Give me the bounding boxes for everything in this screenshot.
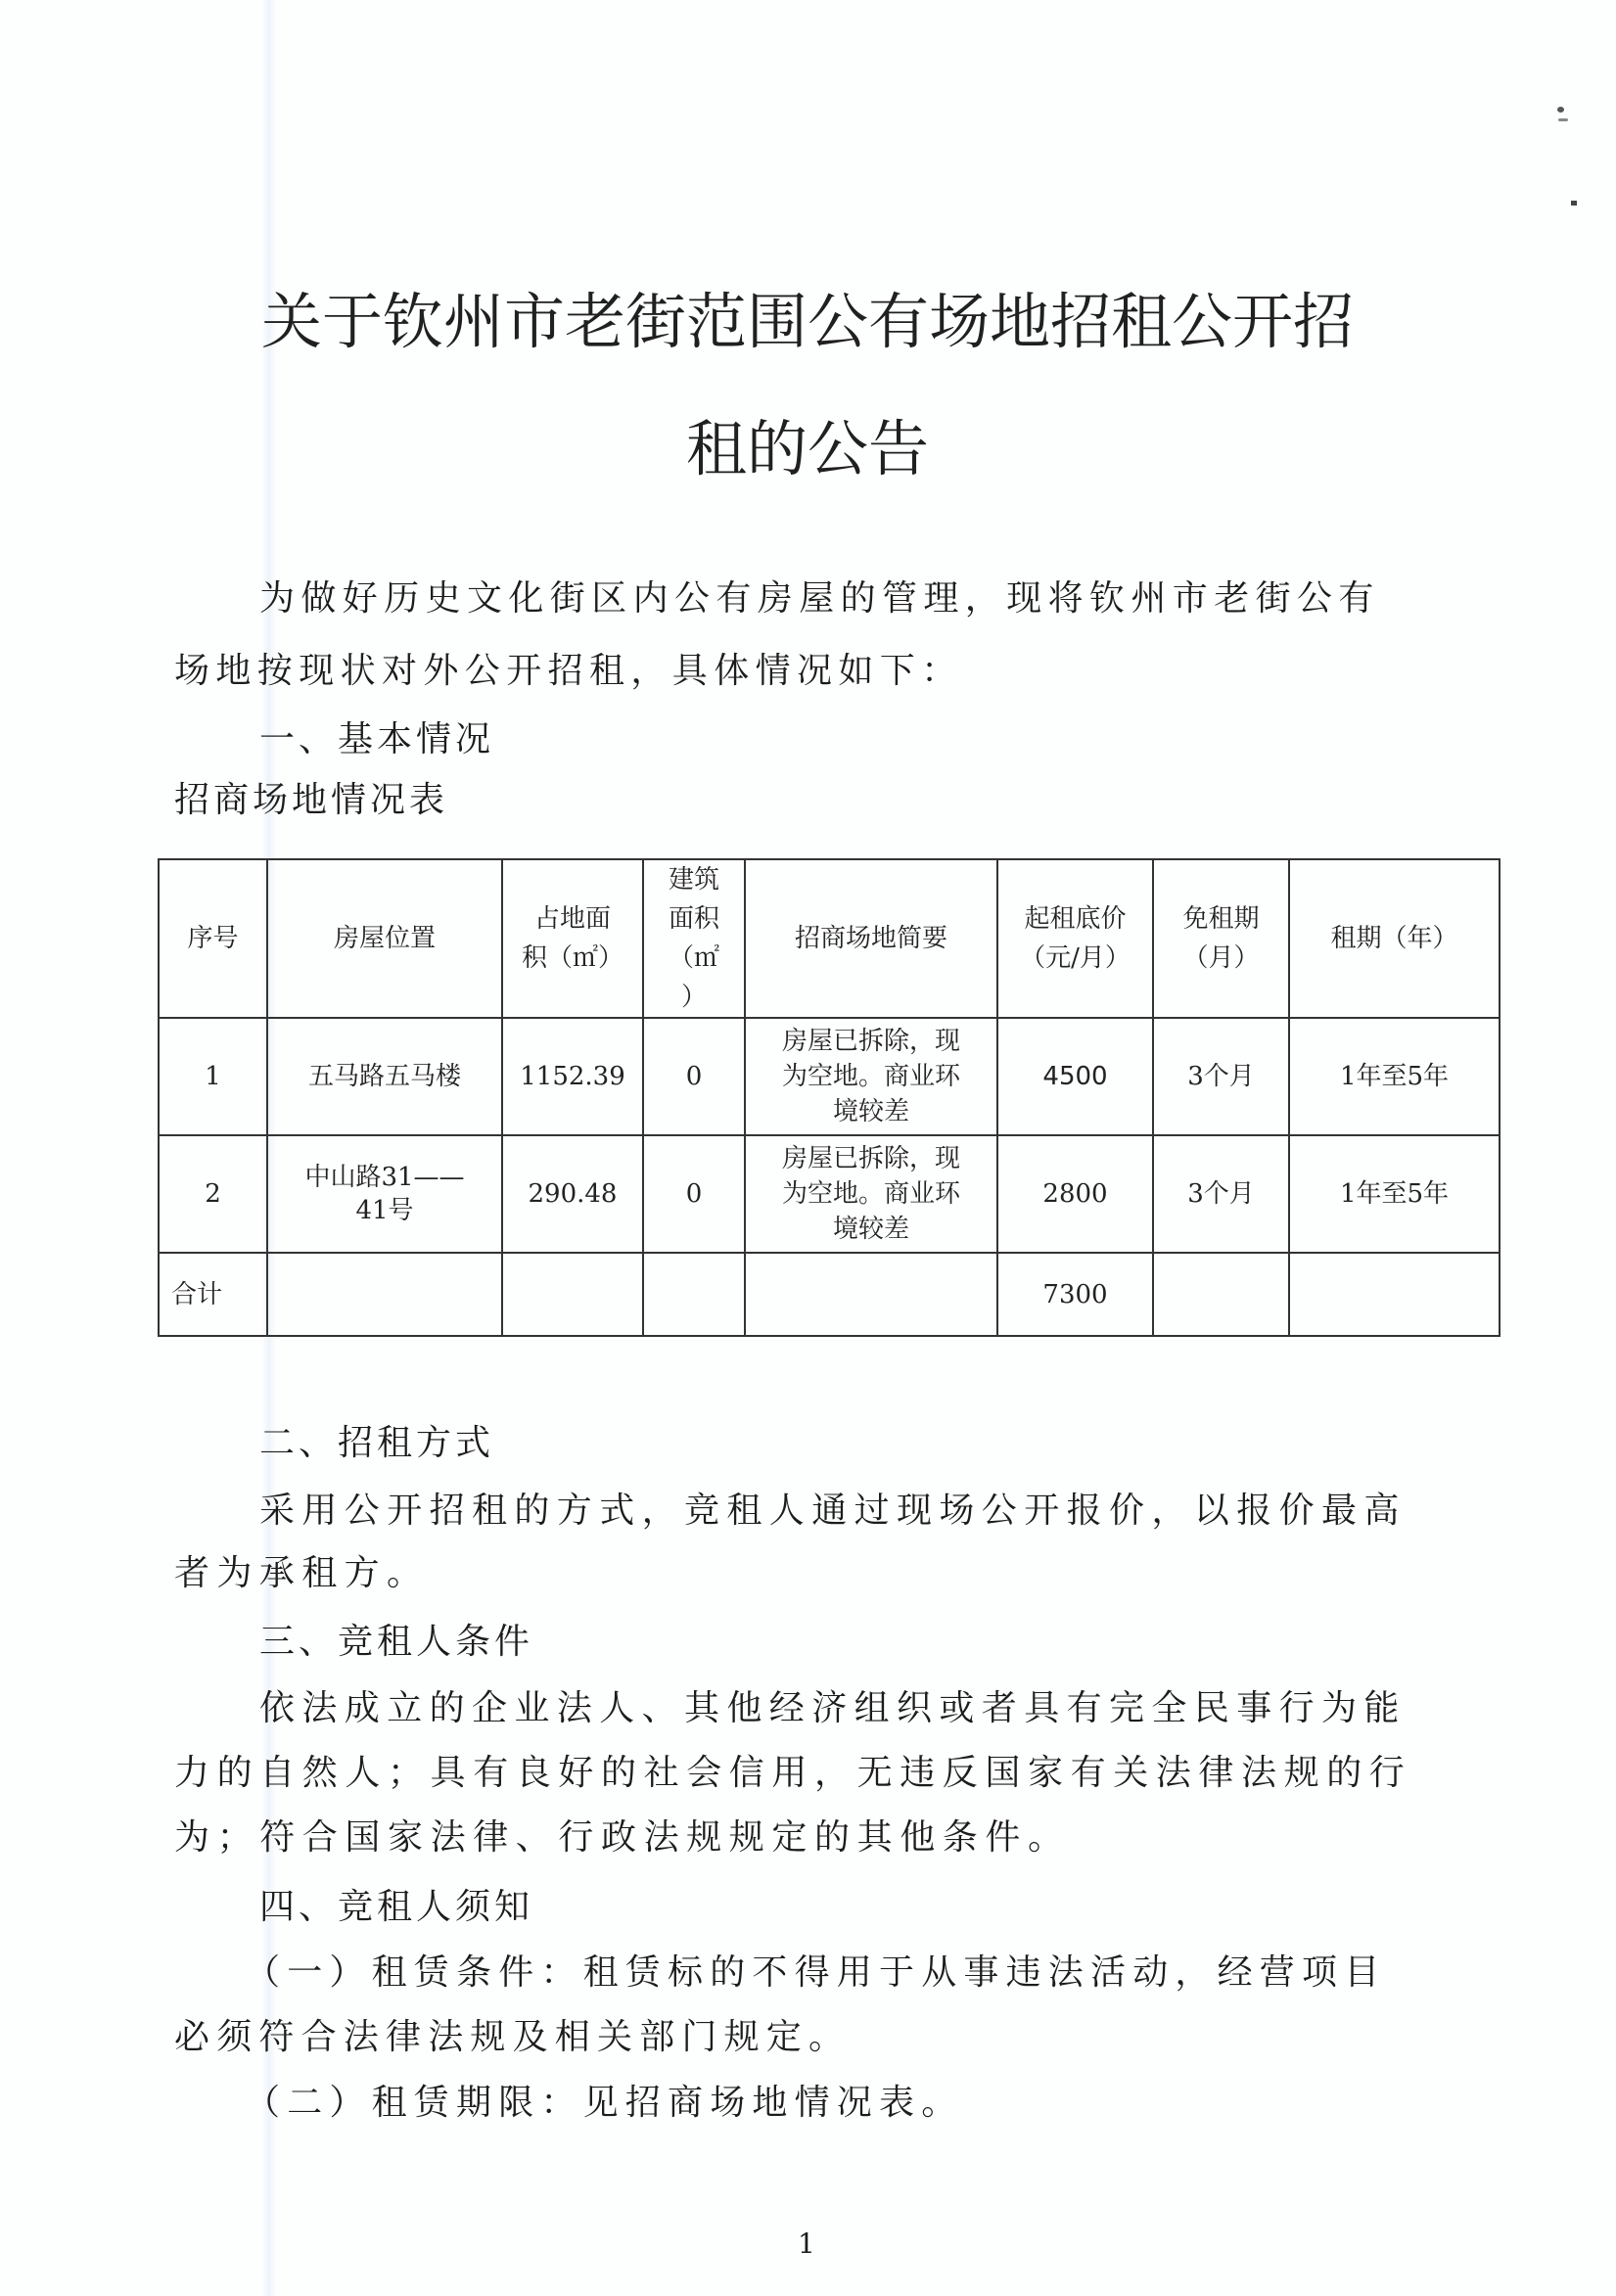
cell-summary-line3: 境较差 — [750, 1212, 993, 1247]
cell-rent-free: 3个月 — [1153, 1135, 1289, 1253]
cell-total-base-rent: 7300 — [997, 1253, 1153, 1336]
header-term: 租期（年） — [1289, 859, 1500, 1018]
cell-location-line1: 中山路31—— — [272, 1161, 497, 1194]
cell-summary-line1: 房屋已拆除，现 — [750, 1024, 993, 1059]
scan-speck — [1558, 118, 1568, 121]
section-2-line-2: 者为承租方。 — [174, 1556, 1496, 1591]
section-3-line-2: 力的自然人；具有良好的社会信用，无违反国家有关法律法规的行 — [174, 1756, 1496, 1791]
header-building-area: 建筑 面积 （㎡ ） — [643, 859, 745, 1018]
cell-location-line2: 41号 — [272, 1194, 497, 1227]
header-land-area-line2: 积（㎡） — [507, 939, 638, 978]
header-rent-free: 免租期 （月） — [1153, 859, 1289, 1018]
cell-base-rent: 2800 — [997, 1135, 1153, 1253]
header-base-rent-line1: 起租底价 — [1002, 899, 1148, 939]
header-building-area-line2: 面积 — [648, 899, 740, 939]
section-4-item-1-line-2: 必须符合法律法规及相关部门规定。 — [174, 2020, 1496, 2055]
header-no: 序号 — [159, 859, 267, 1018]
header-building-area-line1: 建筑 — [648, 860, 740, 899]
table-total-row: 合计 7300 — [159, 1253, 1500, 1336]
cell-total-label: 合计 — [159, 1253, 267, 1336]
cell-summary: 房屋已拆除，现 为空地。商业环 境较差 — [745, 1135, 997, 1253]
table-row: 2 中山路31—— 41号 290.48 0 房屋已拆除，现 为空地。商业环 境… — [159, 1135, 1500, 1253]
cell-base-rent: 4500 — [997, 1018, 1153, 1135]
section-3-heading: 三、竞租人条件 — [259, 1625, 1581, 1660]
section-4-heading: 四、竞租人须知 — [259, 1890, 1581, 1925]
cell-empty — [1153, 1253, 1289, 1336]
section-3-line-3: 为；符合国家法律、行政法规规定的其他条件。 — [174, 1820, 1496, 1856]
cell-summary-line3: 境较差 — [750, 1094, 993, 1129]
cell-building-area: 0 — [643, 1018, 745, 1135]
table-header-row: 序号 房屋位置 占地面 积（㎡） 建筑 面积 （㎡ ） 招商场地简要 起租底价 … — [159, 859, 1500, 1018]
header-land-area-line1: 占地面 — [507, 899, 638, 939]
cell-empty — [1289, 1253, 1500, 1336]
section-3-line-1: 依法成立的企业法人、其他经济组织或者具有完全民事行为能 — [259, 1691, 1581, 1726]
cell-land-area: 1152.39 — [502, 1018, 643, 1135]
cell-no: 1 — [159, 1018, 267, 1135]
cell-term: 1年至5年 — [1289, 1018, 1500, 1135]
cell-location: 中山路31—— 41号 — [267, 1135, 502, 1253]
cell-rent-free: 3个月 — [1153, 1018, 1289, 1135]
header-summary: 招商场地简要 — [745, 859, 997, 1018]
cell-summary: 房屋已拆除，现 为空地。商业环 境较差 — [745, 1018, 997, 1135]
header-building-area-line4: ） — [648, 978, 740, 1017]
cell-term: 1年至5年 — [1289, 1135, 1500, 1253]
page-number: 1 — [798, 2227, 815, 2260]
cell-no: 2 — [159, 1135, 267, 1253]
cell-empty — [502, 1253, 643, 1336]
header-building-area-line3: （㎡ — [648, 939, 740, 978]
section-4-item-2: （二）租赁期限：见招商场地情况表。 — [245, 2086, 1566, 2121]
header-base-rent-line2: （元/月） — [1002, 939, 1148, 978]
cell-summary-line2: 为空地。商业环 — [750, 1176, 993, 1212]
header-rent-free-line2: （月） — [1158, 939, 1284, 978]
section-4-item-1-line-1: （一）租赁条件：租赁标的不得用于从事违法活动，经营项目 — [245, 1955, 1566, 1991]
header-base-rent: 起租底价 （元/月） — [997, 859, 1153, 1018]
table-row: 1 五马路五马楼 1152.39 0 房屋已拆除，现 为空地。商业环 境较差 4… — [159, 1018, 1500, 1135]
section-2-heading: 二、招租方式 — [259, 1426, 1581, 1461]
document-title-line-2: 租的公告 — [147, 419, 1468, 480]
cell-building-area: 0 — [643, 1135, 745, 1253]
cell-summary-line2: 为空地。商业环 — [750, 1059, 993, 1094]
cell-land-area: 290.48 — [502, 1135, 643, 1253]
cell-empty — [745, 1253, 997, 1336]
section-2-line-1: 采用公开招租的方式，竞租人通过现场公开报价，以报价最高 — [259, 1493, 1581, 1529]
section-1-heading: 一、基本情况 — [259, 722, 1581, 758]
intro-paragraph-line-1: 为做好历史文化街区内公有房屋的管理，现将钦州市老街公有 — [259, 581, 1581, 617]
cell-empty — [643, 1253, 745, 1336]
intro-paragraph-line-2: 场地按现状对外公开招租，具体情况如下： — [174, 654, 1496, 689]
header-land-area: 占地面 积（㎡） — [502, 859, 643, 1018]
cell-empty — [267, 1253, 502, 1336]
cell-summary-line1: 房屋已拆除，现 — [750, 1141, 993, 1176]
site-info-table: 序号 房屋位置 占地面 积（㎡） 建筑 面积 （㎡ ） 招商场地简要 起租底价 … — [158, 858, 1501, 1337]
header-rent-free-line1: 免租期 — [1158, 899, 1284, 939]
scan-speck — [1571, 201, 1577, 206]
scan-speck — [1557, 107, 1564, 113]
cell-location: 五马路五马楼 — [267, 1018, 502, 1135]
header-location: 房屋位置 — [267, 859, 502, 1018]
table-caption: 招商场地情况表 — [174, 772, 448, 822]
document-title-line-1: 关于钦州市老街范围公有场地招租公开招 — [147, 292, 1468, 352]
